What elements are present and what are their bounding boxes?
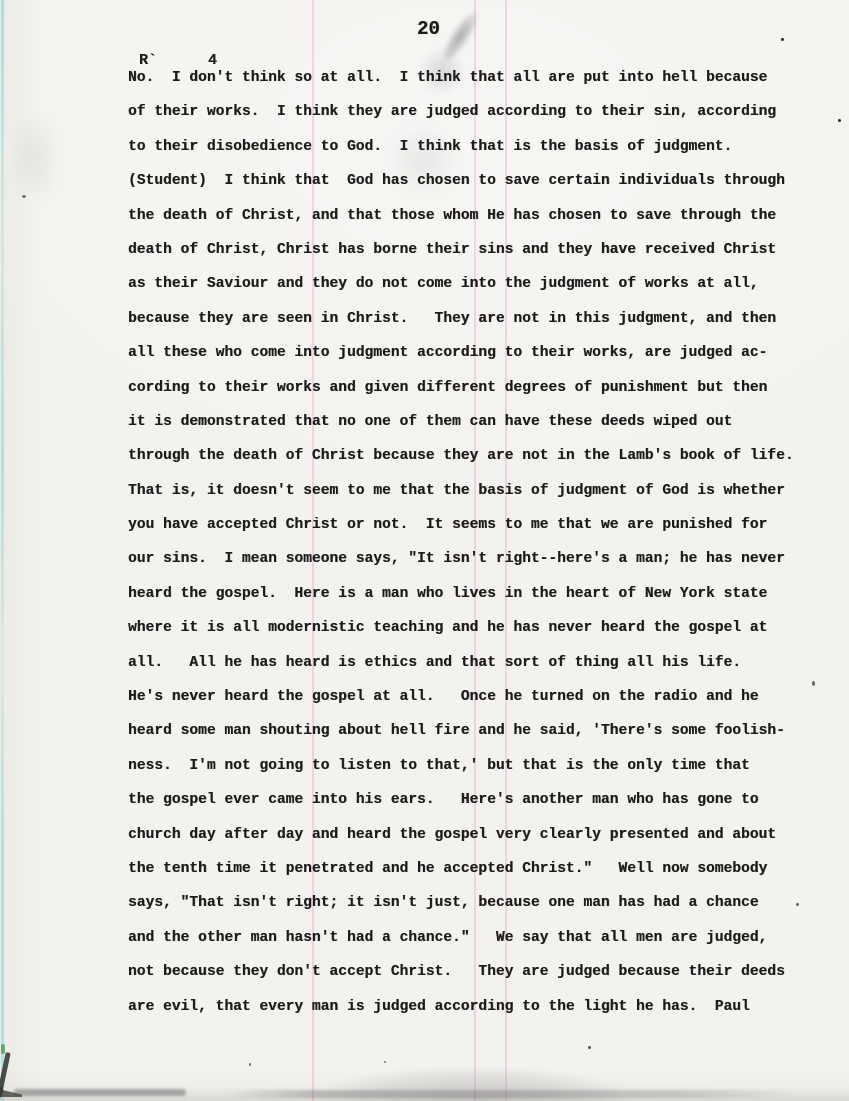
typescript-line: No. I don't think so at all. I think tha… (128, 61, 794, 95)
typescript-line: the death of Christ, and that those whom… (128, 199, 794, 233)
toner-speck (384, 1061, 386, 1063)
typescript-line: death of Christ, Christ has borne their … (128, 233, 794, 267)
typescript-body: No. I don't think so at all. I think tha… (128, 61, 794, 1024)
toner-speck (812, 681, 815, 686)
typescript-line: to their disobedience to God. I think th… (128, 130, 794, 164)
typescript-line: of their works. I think they are judged … (128, 95, 794, 129)
typescript-line: heard the gospel. Here is a man who live… (128, 577, 794, 611)
toner-speck (781, 38, 784, 41)
toner-speck (838, 119, 841, 122)
smudge-mark-left-margin (16, 95, 52, 220)
typescript-line: are evil, that every man is judged accor… (128, 990, 794, 1024)
typescript-line: church day after day and heard the gospe… (128, 818, 794, 852)
typescript-line: ness. I'm not going to listen to that,' … (128, 749, 794, 783)
typescript-line: says, "That isn't right; it isn't just, … (128, 886, 794, 920)
scan-bottom-shading (0, 1087, 849, 1101)
toner-speck (796, 903, 799, 906)
typescript-line: and the other man hasn't had a chance." … (128, 921, 794, 955)
typescript-line: where it is all modernistic teaching and… (128, 611, 794, 645)
typescript-line: you have accepted Christ or not. It seem… (128, 508, 794, 542)
typescript-line: our sins. I mean someone says, "It isn't… (128, 542, 794, 576)
typescript-line: the tenth time it penetrated and he acce… (128, 852, 794, 886)
typescript-line: it is demonstrated that no one of them c… (128, 405, 794, 439)
scanned-typescript-page: 20 R` 4 No. I don't think so at all. I t… (0, 0, 849, 1101)
typescript-line: because they are seen in Christ. They ar… (128, 302, 794, 336)
typescript-line: heard some man shouting about hell fire … (128, 714, 794, 748)
scan-edge-cyan-line (1, 0, 4, 1101)
typescript-line: the gospel ever came into his ears. Here… (128, 783, 794, 817)
typescript-line: all these who come into judgment accordi… (128, 336, 794, 370)
toner-speck (22, 195, 26, 198)
typescript-line: That is, it doesn't seem to me that the … (128, 474, 794, 508)
typescript-line: cording to their works and given differe… (128, 371, 794, 405)
typescript-line: through the death of Christ because they… (128, 439, 794, 473)
toner-speck (588, 1046, 591, 1049)
typescript-line: all. All he has heard is ethics and that… (128, 646, 794, 680)
typescript-line: as their Saviour and they do not come in… (128, 267, 794, 301)
typescript-line: not because they don't accept Christ. Th… (128, 955, 794, 989)
page-number: 20 (417, 18, 440, 40)
toner-speck (249, 1063, 251, 1066)
typescript-line: He's never heard the gospel at all. Once… (128, 680, 794, 714)
typescript-line: (Student) I think that God has chosen to… (128, 164, 794, 198)
